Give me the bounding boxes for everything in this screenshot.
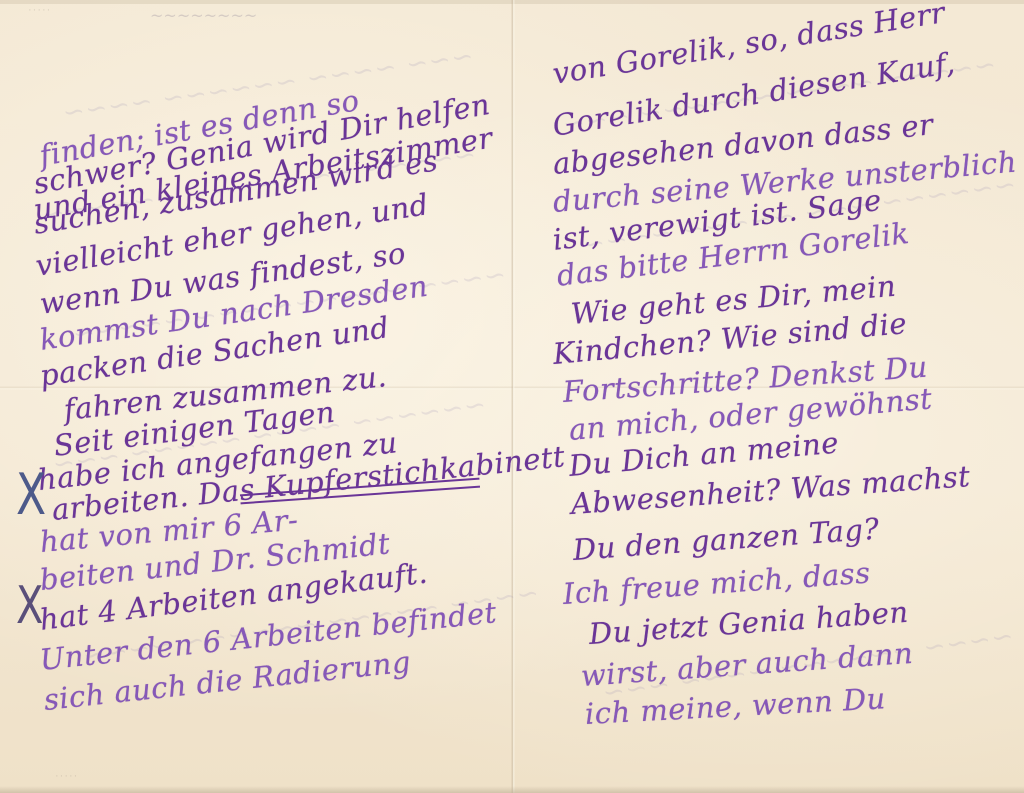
right-page: von Gorelik, so, dass Herr Gorelik durch… xyxy=(513,0,1024,793)
letter-sheet: ····· ~~~~~~~~ ····· ~~~ ~~~~ ~~~~~~ ~~~… xyxy=(0,0,1024,793)
margin-x-mark: X xyxy=(16,467,46,524)
left-page: und ein kleines Arbeitszimmer finden; is… xyxy=(0,0,513,793)
margin-x-mark: X xyxy=(16,580,43,632)
handwritten-line: ich meine, wenn Du xyxy=(584,684,886,729)
